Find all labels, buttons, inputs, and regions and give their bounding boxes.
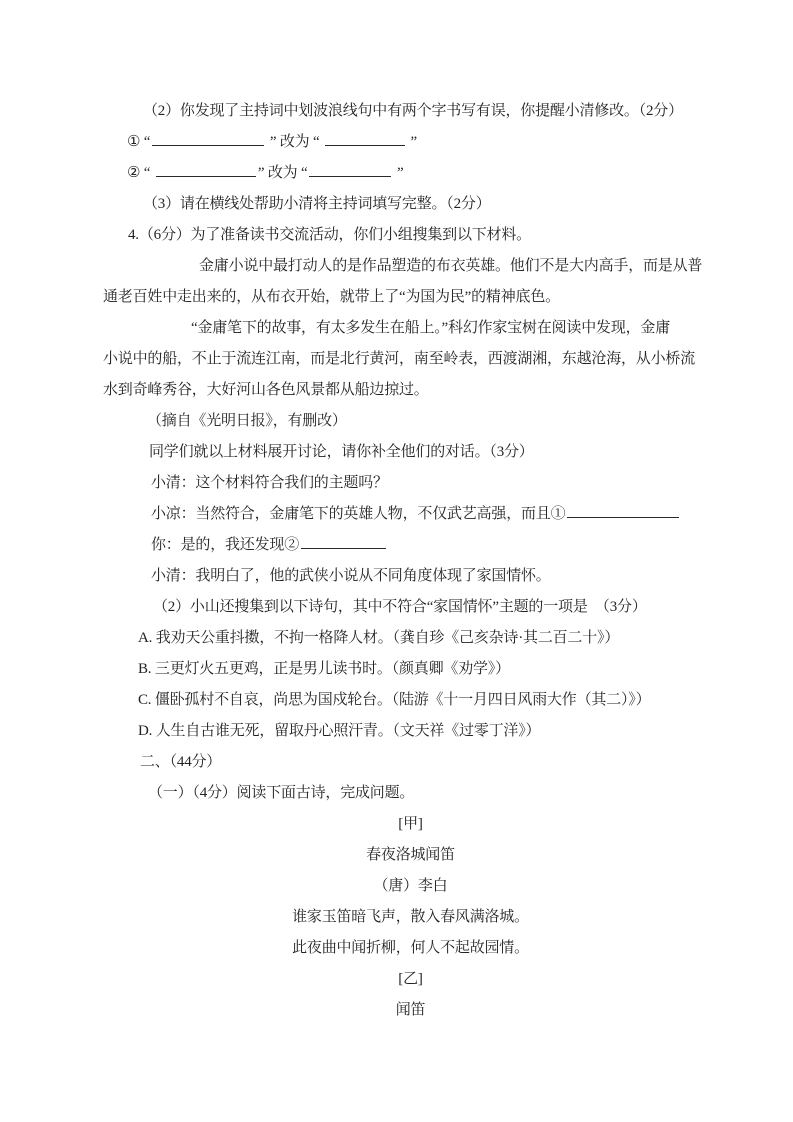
document-line: [乙] — [103, 964, 718, 995]
line-text: “金庸笔下的故事，有太多发生在船上。”科幻作家宝树在阅读中发现，金庸 — [191, 320, 670, 336]
document-line: 小清：我明白了，他的武侠小说从不同角度体现了家国情怀。 — [103, 561, 718, 592]
document-line: （2）小山还搜集到以下诗句，其中不符合“家国情怀”主题的一项是 （3分） — [103, 592, 718, 623]
document-line: D. 人生自古谁无死，留取丹心照汗青。（文天祥《过零丁洋》） — [103, 716, 718, 747]
document-line: 4.（6分）为了准备读书交流活动，你们小组搜集到以下材料。 — [103, 220, 718, 251]
document-line: 小凉：当然符合，金庸笔下的英雄人物，不仅武艺高强，而且① — [103, 499, 718, 530]
answer-blank — [567, 502, 679, 518]
document-line: 通老百姓中走出来的，从布衣开始，就带上了“为国为民”的精神底色。 — [103, 282, 718, 313]
line-text: 闻笛 — [396, 1002, 426, 1018]
document-line: ① “ ” 改为 “ ” — [103, 127, 718, 158]
line-text: 同学们就以上材料展开讨论，请你补全他们的对话。（3分） — [149, 444, 534, 460]
document-line: “金庸笔下的故事，有太多发生在船上。”科幻作家宝树在阅读中发现，金庸 — [103, 313, 718, 344]
line-text: 通老百姓中走出来的，从布衣开始，就带上了“为国为民”的精神底色。 — [103, 289, 560, 305]
line-text: 小说中的船，不止于流连江南，而是北行黄河，南至岭表，西渡湖湘，东越沧海，从小桥流 — [103, 351, 695, 367]
line-text: 水到奇峰秀谷，大好河山各色风景都从船边掠过。 — [103, 382, 429, 398]
document-line: 你：是的，我还发现② — [103, 530, 718, 561]
document-line: （3）请在横线处帮助小清将主持词填写完整。（2分） — [103, 189, 718, 220]
line-text: ” — [393, 165, 403, 181]
line-text: （3）请在横线处帮助小清将主持词填写完整。（2分） — [143, 196, 491, 212]
answer-blank — [325, 130, 405, 146]
document-line: 小说中的船，不止于流连江南，而是北行黄河，南至岭表，西渡湖湘，东越沧海，从小桥流 — [103, 344, 718, 375]
line-text: [甲] — [398, 816, 422, 832]
line-text: （一）（4分）阅读下面古诗，完成问题。 — [148, 785, 414, 801]
line-text: [乙] — [398, 971, 422, 987]
answer-blank — [301, 533, 386, 549]
document-line: 此夜曲中闻折柳，何人不起故园情。 — [103, 933, 718, 964]
line-text: 此夜曲中闻折柳，何人不起故园情。 — [292, 940, 529, 956]
document-line: 水到奇峰秀谷，大好河山各色风景都从船边掠过。 — [103, 375, 718, 406]
line-text: （摘自《光明日报》，有删改） — [147, 413, 347, 429]
line-text: 二、（44分） — [140, 754, 221, 770]
document-line: B. 三更灯火五更鸡，正是男儿读书时。（颜真卿《劝学》） — [103, 654, 718, 685]
line-text: ” 改为 “ — [266, 134, 323, 150]
line-text: A. 我劝天公重抖擞，不拘一格降人材。（龚自珍《己亥杂诗·其二百二十》） — [138, 630, 619, 646]
document-line: （唐）李白 — [103, 871, 718, 902]
document-line: ② “ ” 改为 “ ” — [103, 158, 718, 189]
document-line: （一）（4分）阅读下面古诗，完成问题。 — [103, 778, 718, 809]
document-line: 小清：这个材料符合我们的主题吗？ — [103, 468, 718, 499]
line-text: 金庸小说中最打动人的是作品塑造的布衣英雄。他们不是大内高手，而是从普 — [199, 258, 702, 274]
exam-document: （2）你发现了主持词中划波浪线句中有两个字书写有误，你提醒小清修改。（2分）① … — [0, 0, 793, 1026]
line-text: 小清：我明白了，他的武侠小说从不同角度体现了家国情怀。 — [151, 568, 551, 584]
line-text: （2）你发现了主持词中划波浪线句中有两个字书写有误，你提醒小清修改。（2分） — [143, 103, 683, 119]
answer-blank — [152, 130, 264, 146]
answer-blank — [309, 161, 391, 177]
line-text: C. 僵卧孤村不自哀，尚思为国戍轮台。（陆游《十一月四日风雨大作（其二）》） — [138, 692, 650, 708]
document-line: 二、（44分） — [103, 747, 718, 778]
document-line: [甲] — [103, 809, 718, 840]
document-line: 金庸小说中最打动人的是作品塑造的布衣英雄。他们不是大内高手，而是从普 — [103, 251, 718, 282]
document-line: 同学们就以上材料展开讨论，请你补全他们的对话。（3分） — [103, 437, 718, 468]
line-text: ” — [407, 134, 417, 150]
document-line: 春夜洛城闻笛 — [103, 840, 718, 871]
line-text: 春夜洛城闻笛 — [366, 847, 455, 863]
line-text: 你：是的，我还发现② — [151, 537, 299, 553]
line-text: 小清：这个材料符合我们的主题吗？ — [151, 475, 388, 491]
line-text: 小凉：当然符合，金庸笔下的英雄人物，不仅武艺高强，而且① — [151, 506, 565, 522]
line-text: ” 改为 “ — [258, 165, 308, 181]
line-text: ① “ — [127, 134, 150, 150]
document-line: 谁家玉笛暗飞声，散入春风满洛城。 — [103, 902, 718, 933]
line-text: 4.（6分）为了准备读书交流活动，你们小组搜集到以下材料。 — [128, 227, 531, 243]
document-line: C. 僵卧孤村不自哀，尚思为国戍轮台。（陆游《十一月四日风雨大作（其二）》） — [103, 685, 718, 716]
document-line: A. 我劝天公重抖擞，不拘一格降人材。（龚自珍《己亥杂诗·其二百二十》） — [103, 623, 718, 654]
document-line: （2）你发现了主持词中划波浪线句中有两个字书写有误，你提醒小清修改。（2分） — [103, 96, 718, 127]
document-line: 闻笛 — [103, 995, 718, 1026]
document-line: （摘自《光明日报》，有删改） — [103, 406, 718, 437]
line-text: 谁家玉笛暗飞声，散入春风满洛城。 — [292, 909, 529, 925]
line-text: D. 人生自古谁无死，留取丹心照汗青。（文天祥《过零丁洋》） — [138, 723, 540, 739]
document-page: （2）你发现了主持词中划波浪线句中有两个字书写有误，你提醒小清修改。（2分）① … — [0, 0, 793, 1122]
line-text: （2）小山还搜集到以下诗句，其中不符合“家国情怀”主题的一项是 （3分） — [153, 599, 647, 615]
line-text: （唐）李白 — [373, 878, 447, 894]
line-text: ② “ — [127, 165, 154, 181]
line-text: B. 三更灯火五更鸡，正是男儿读书时。（颜真卿《劝学》） — [138, 661, 510, 677]
answer-blank — [156, 161, 256, 177]
